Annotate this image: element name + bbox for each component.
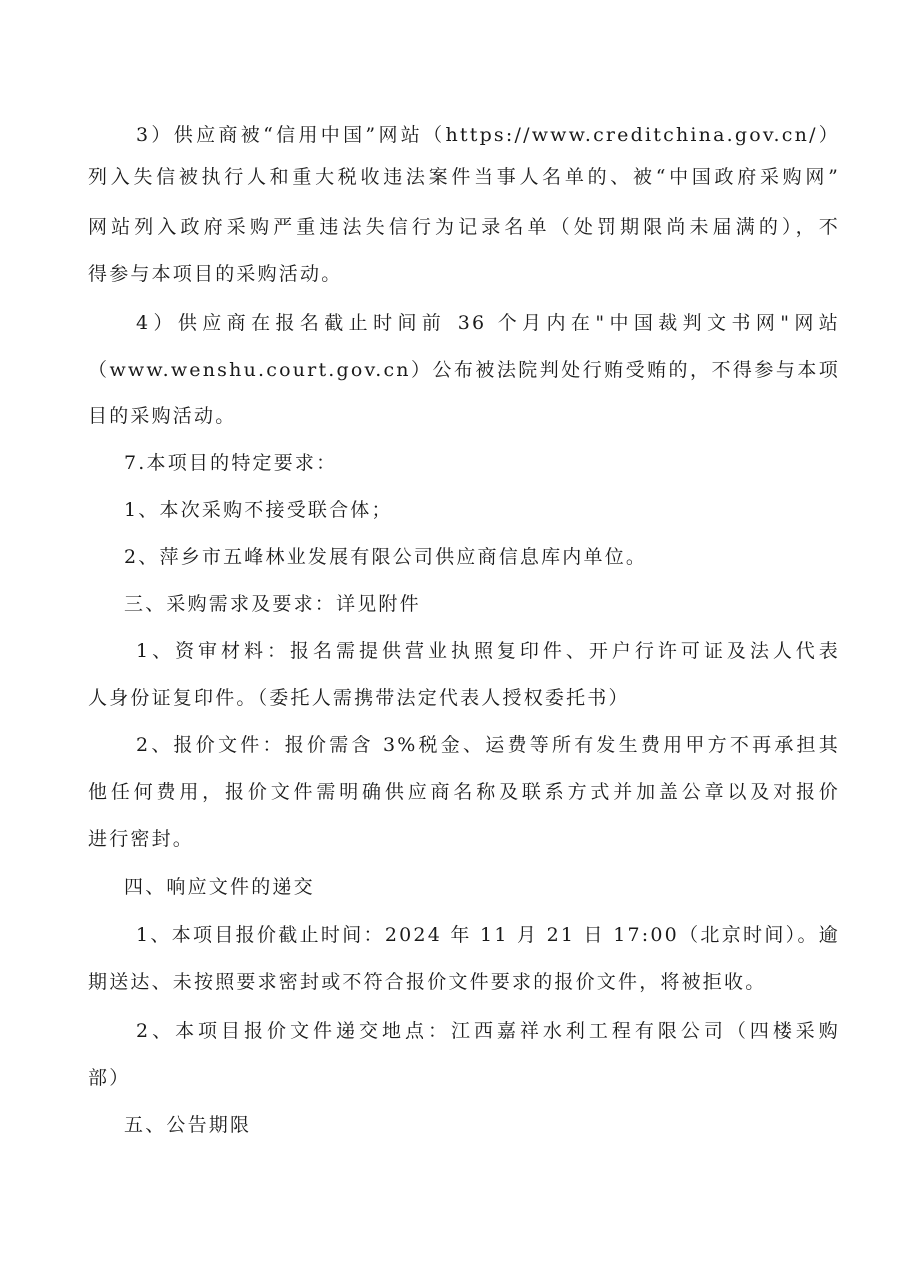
- section-4-item-1-line-2: 期送达、未按照要求密封或不符合报价文件要求的报价文件，将被拒收。: [88, 969, 840, 995]
- section-4-item-2-line-2: 部）: [88, 1065, 840, 1091]
- section-3-item-2-line-1: 2、报价文件：报价需含 3%税金、运费等所有发生费用甲方不再承担其: [136, 732, 840, 758]
- section-4-item-2-line-1: 2、本项目报价文件递交地点：江西嘉祥水利工程有限公司（四楼采购: [136, 1018, 840, 1044]
- paragraph-credit-china-line-3: 网站列入政府采购严重违法失信行为记录名单（处罚期限尚未届满的），不: [88, 214, 840, 240]
- paragraph-credit-china-line-2: 列入失信被执行人和重大税收违法案件当事人名单的、被“中国政府采购网”: [88, 164, 840, 190]
- section-4-item-1-line-1: 1、本项目报价截止时间：2024 年 11 月 21 日 17:00（北京时间）…: [136, 922, 840, 948]
- paragraph-credit-china-line-1: 3）供应商被“信用中国”网站（https://www.creditchina.g…: [136, 122, 840, 148]
- section-7-item-2: 2、萍乡市五峰林业发展有限公司供应商信息库内单位。: [124, 544, 840, 570]
- paragraph-wenshu-line-1: 4）供应商在报名截止时间前 36 个月内在"中国裁判文书网"网站: [136, 310, 840, 336]
- section-7-heading: 7.本项目的特定要求：: [124, 450, 840, 476]
- section-3-item-1-line-1: 1、资审材料：报名需提供营业执照复印件、开户行许可证及法人代表: [136, 638, 840, 664]
- paragraph-credit-china-line-4: 得参与本项目的采购活动。: [88, 261, 840, 287]
- section-3-heading: 三、采购需求及要求：详见附件: [124, 591, 840, 617]
- section-3-item-2-line-2: 他任何费用，报价文件需明确供应商名称及联系方式并加盖公章以及对报价: [88, 779, 840, 805]
- document-page: 3）供应商被“信用中国”网站（https://www.creditchina.g…: [0, 0, 900, 1273]
- paragraph-wenshu-line-2: （www.wenshu.court.gov.cn）公布被法院判处行贿受贿的，不得…: [88, 357, 840, 383]
- paragraph-wenshu-line-3: 目的采购活动。: [88, 403, 840, 429]
- section-5-heading: 五、公告期限: [124, 1112, 840, 1138]
- section-3-item-2-line-3: 进行密封。: [88, 826, 840, 852]
- section-3-item-1-line-2: 人身份证复印件。（委托人需携带法定代表人授权委托书）: [88, 685, 840, 711]
- section-4-heading: 四、响应文件的递交: [124, 874, 840, 900]
- section-7-item-1: 1、本次采购不接受联合体；: [124, 497, 840, 523]
